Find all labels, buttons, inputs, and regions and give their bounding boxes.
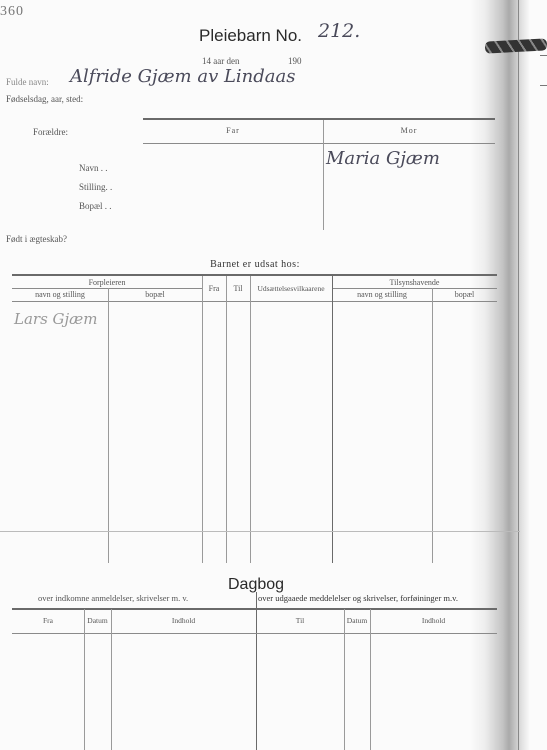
foraeldre-label: Forældre: — [33, 127, 68, 137]
row-stilling-label: Stilling. . — [79, 182, 112, 192]
parents-divider — [323, 120, 324, 230]
binding-string — [485, 38, 547, 53]
parents-header-rule — [143, 143, 495, 144]
parents-top-rule — [143, 118, 495, 120]
col-navn-og-stilling: navn og stilling — [12, 290, 108, 299]
row-bopael-label: Bopæl . . — [79, 201, 112, 211]
col-fra: Fra — [202, 284, 226, 293]
archive-number: 360 — [0, 4, 24, 20]
page-fold-shadow — [470, 0, 530, 750]
col-udsaettelsesvilkaarene: Udsættelsesvilkaarene — [250, 284, 332, 293]
dagbog-right-subheading: over udgaaede meddelelser og skrivelser,… — [258, 593, 458, 603]
date-line-year: 190 — [288, 56, 302, 66]
dagbog-col-indhold-left: Indhold — [111, 616, 256, 625]
paper-fold-crease — [0, 531, 520, 532]
col-bopael: bopæl — [108, 290, 202, 299]
placement-col-divider — [202, 276, 203, 563]
col-tilsyn-navn-og-stilling: navn og stilling — [332, 290, 432, 299]
tilsyn-sub-rule — [332, 288, 497, 289]
placement-col-divider — [250, 276, 251, 563]
placement-top-rule — [12, 274, 497, 276]
group-tilsynshavende: Tilsynshavende — [332, 278, 497, 287]
col-til: Til — [226, 284, 250, 293]
date-line-prefix: 14 aar den — [202, 56, 239, 66]
dagbog-col-divider — [344, 609, 345, 750]
page-fold-line — [518, 0, 519, 750]
col-far: Far — [143, 126, 323, 135]
placement-header-rule — [12, 301, 497, 302]
fodt-i-aegteskab-label: Født i ægteskab? — [6, 234, 67, 244]
dagbog-col-fra: Fra — [12, 616, 84, 625]
placement-col-divider — [332, 276, 333, 563]
group-forpleieren: Forpleieren — [12, 278, 202, 287]
dagbog-left-subheading: over indkomne anmeldelser, skrivelser m.… — [38, 593, 188, 603]
col-tilsyn-bopael: bopæl — [432, 290, 497, 299]
fulde-navn-label: Fulde navn: — [6, 77, 49, 87]
col-mor: Mor — [323, 126, 495, 135]
page-title: Pleiebarn No. — [199, 26, 302, 46]
mor-navn-value: Maria Gjæm — [326, 148, 440, 169]
dagbog-col-indhold-right: Indhold — [370, 616, 497, 625]
row-navn-label: Navn . . — [79, 163, 108, 173]
dagbog-col-divider — [111, 609, 112, 750]
fodselsdag-label: Fødselsdag, aar, sted: — [6, 94, 83, 104]
placement-col-divider — [432, 288, 433, 563]
dagbog-col-divider — [84, 609, 85, 750]
forpleieren-sub-rule — [12, 288, 202, 289]
dagbog-col-datum-left: Datum — [84, 616, 111, 625]
title-number-handwritten: 212. — [318, 20, 360, 42]
dagbog-col-til: Til — [256, 616, 344, 625]
page-edge-mark — [540, 55, 547, 56]
dagbog-col-datum-right: Datum — [344, 616, 370, 625]
placement-col-divider — [226, 276, 227, 563]
fulde-navn-value: Alfride Gjæm av Lindaas — [70, 66, 296, 87]
page-edge-mark — [540, 85, 547, 86]
forpleier-navn-value: Lars Gjæm — [14, 310, 98, 328]
placement-heading: Barnet er udsat hos: — [0, 259, 510, 270]
placement-col-divider — [108, 288, 109, 563]
dagbog-col-divider — [370, 609, 371, 750]
